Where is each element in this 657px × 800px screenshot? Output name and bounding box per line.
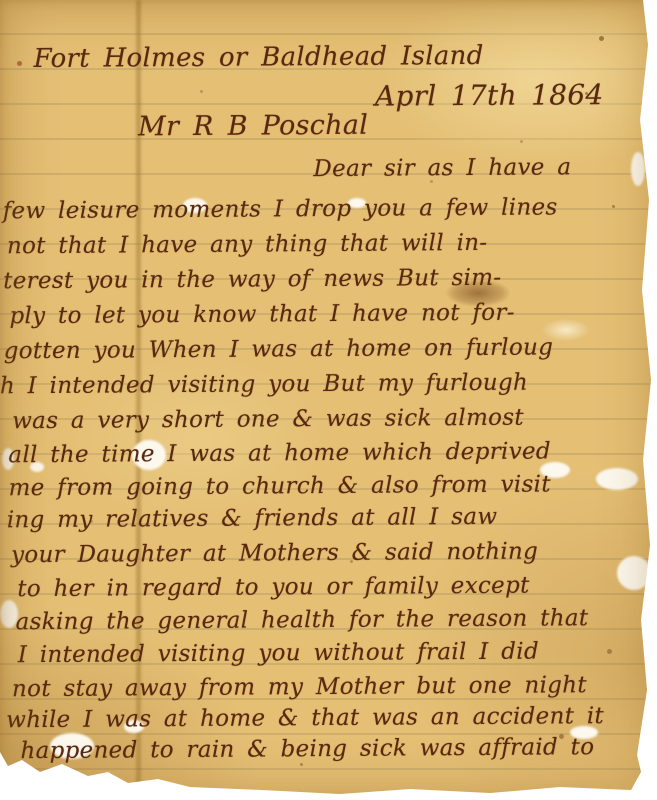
letter-body-line: was a very short one & was sick almost bbox=[12, 405, 524, 435]
letter-body-line: to her in regard to you or family except bbox=[17, 573, 529, 603]
letter-body-line: gotten you When I was at home on furloug bbox=[4, 334, 554, 364]
letter-body-line: ing my relatives & friends at all I saw bbox=[7, 504, 498, 533]
letter-body-line: while I was at home & that was an accide… bbox=[6, 703, 604, 733]
letter-addressee-line: Mr R B Poschal bbox=[138, 110, 368, 143]
letter-body-line: few leisure moments I drop you a few lin… bbox=[3, 194, 558, 224]
letter-body-line: not stay away from my Mother but one nig… bbox=[12, 672, 587, 702]
letter-body-line: ply to let you know that I have not for- bbox=[9, 300, 515, 330]
letter-salutation-line: Dear sir as I have a bbox=[313, 154, 571, 182]
letter-body-line: all the time I was at home which deprive… bbox=[8, 438, 551, 468]
paper-sheet: Fort Holmes or Baldhead Island Aprl 17th… bbox=[0, 0, 657, 800]
scanned-letter-page: Fort Holmes or Baldhead Island Aprl 17th… bbox=[0, 0, 657, 800]
letter-body-line: I intended visiting you without frail I … bbox=[18, 639, 539, 669]
letter-body-line: asking the general health for the reason… bbox=[15, 605, 588, 635]
letter-body-line: happened to rain & being sick was affrai… bbox=[20, 734, 594, 764]
letter-date-line: Aprl 17th 1864 bbox=[375, 78, 604, 113]
letter-body-line: not that I have any thing that will in- bbox=[7, 230, 488, 259]
letter-body-line: your Daughter at Mothers & said nothing bbox=[11, 539, 538, 569]
letter-body-line: terest you in the way of news But sim- bbox=[3, 265, 501, 294]
handwritten-text: Fort Holmes or Baldhead Island Aprl 17th… bbox=[0, 0, 657, 800]
letter-location-line: Fort Holmes or Baldhead Island bbox=[34, 41, 484, 74]
letter-body-line: h I intended visiting you But my furloug… bbox=[0, 370, 528, 400]
letter-body-line: me from going to church & also from visi… bbox=[9, 471, 551, 501]
